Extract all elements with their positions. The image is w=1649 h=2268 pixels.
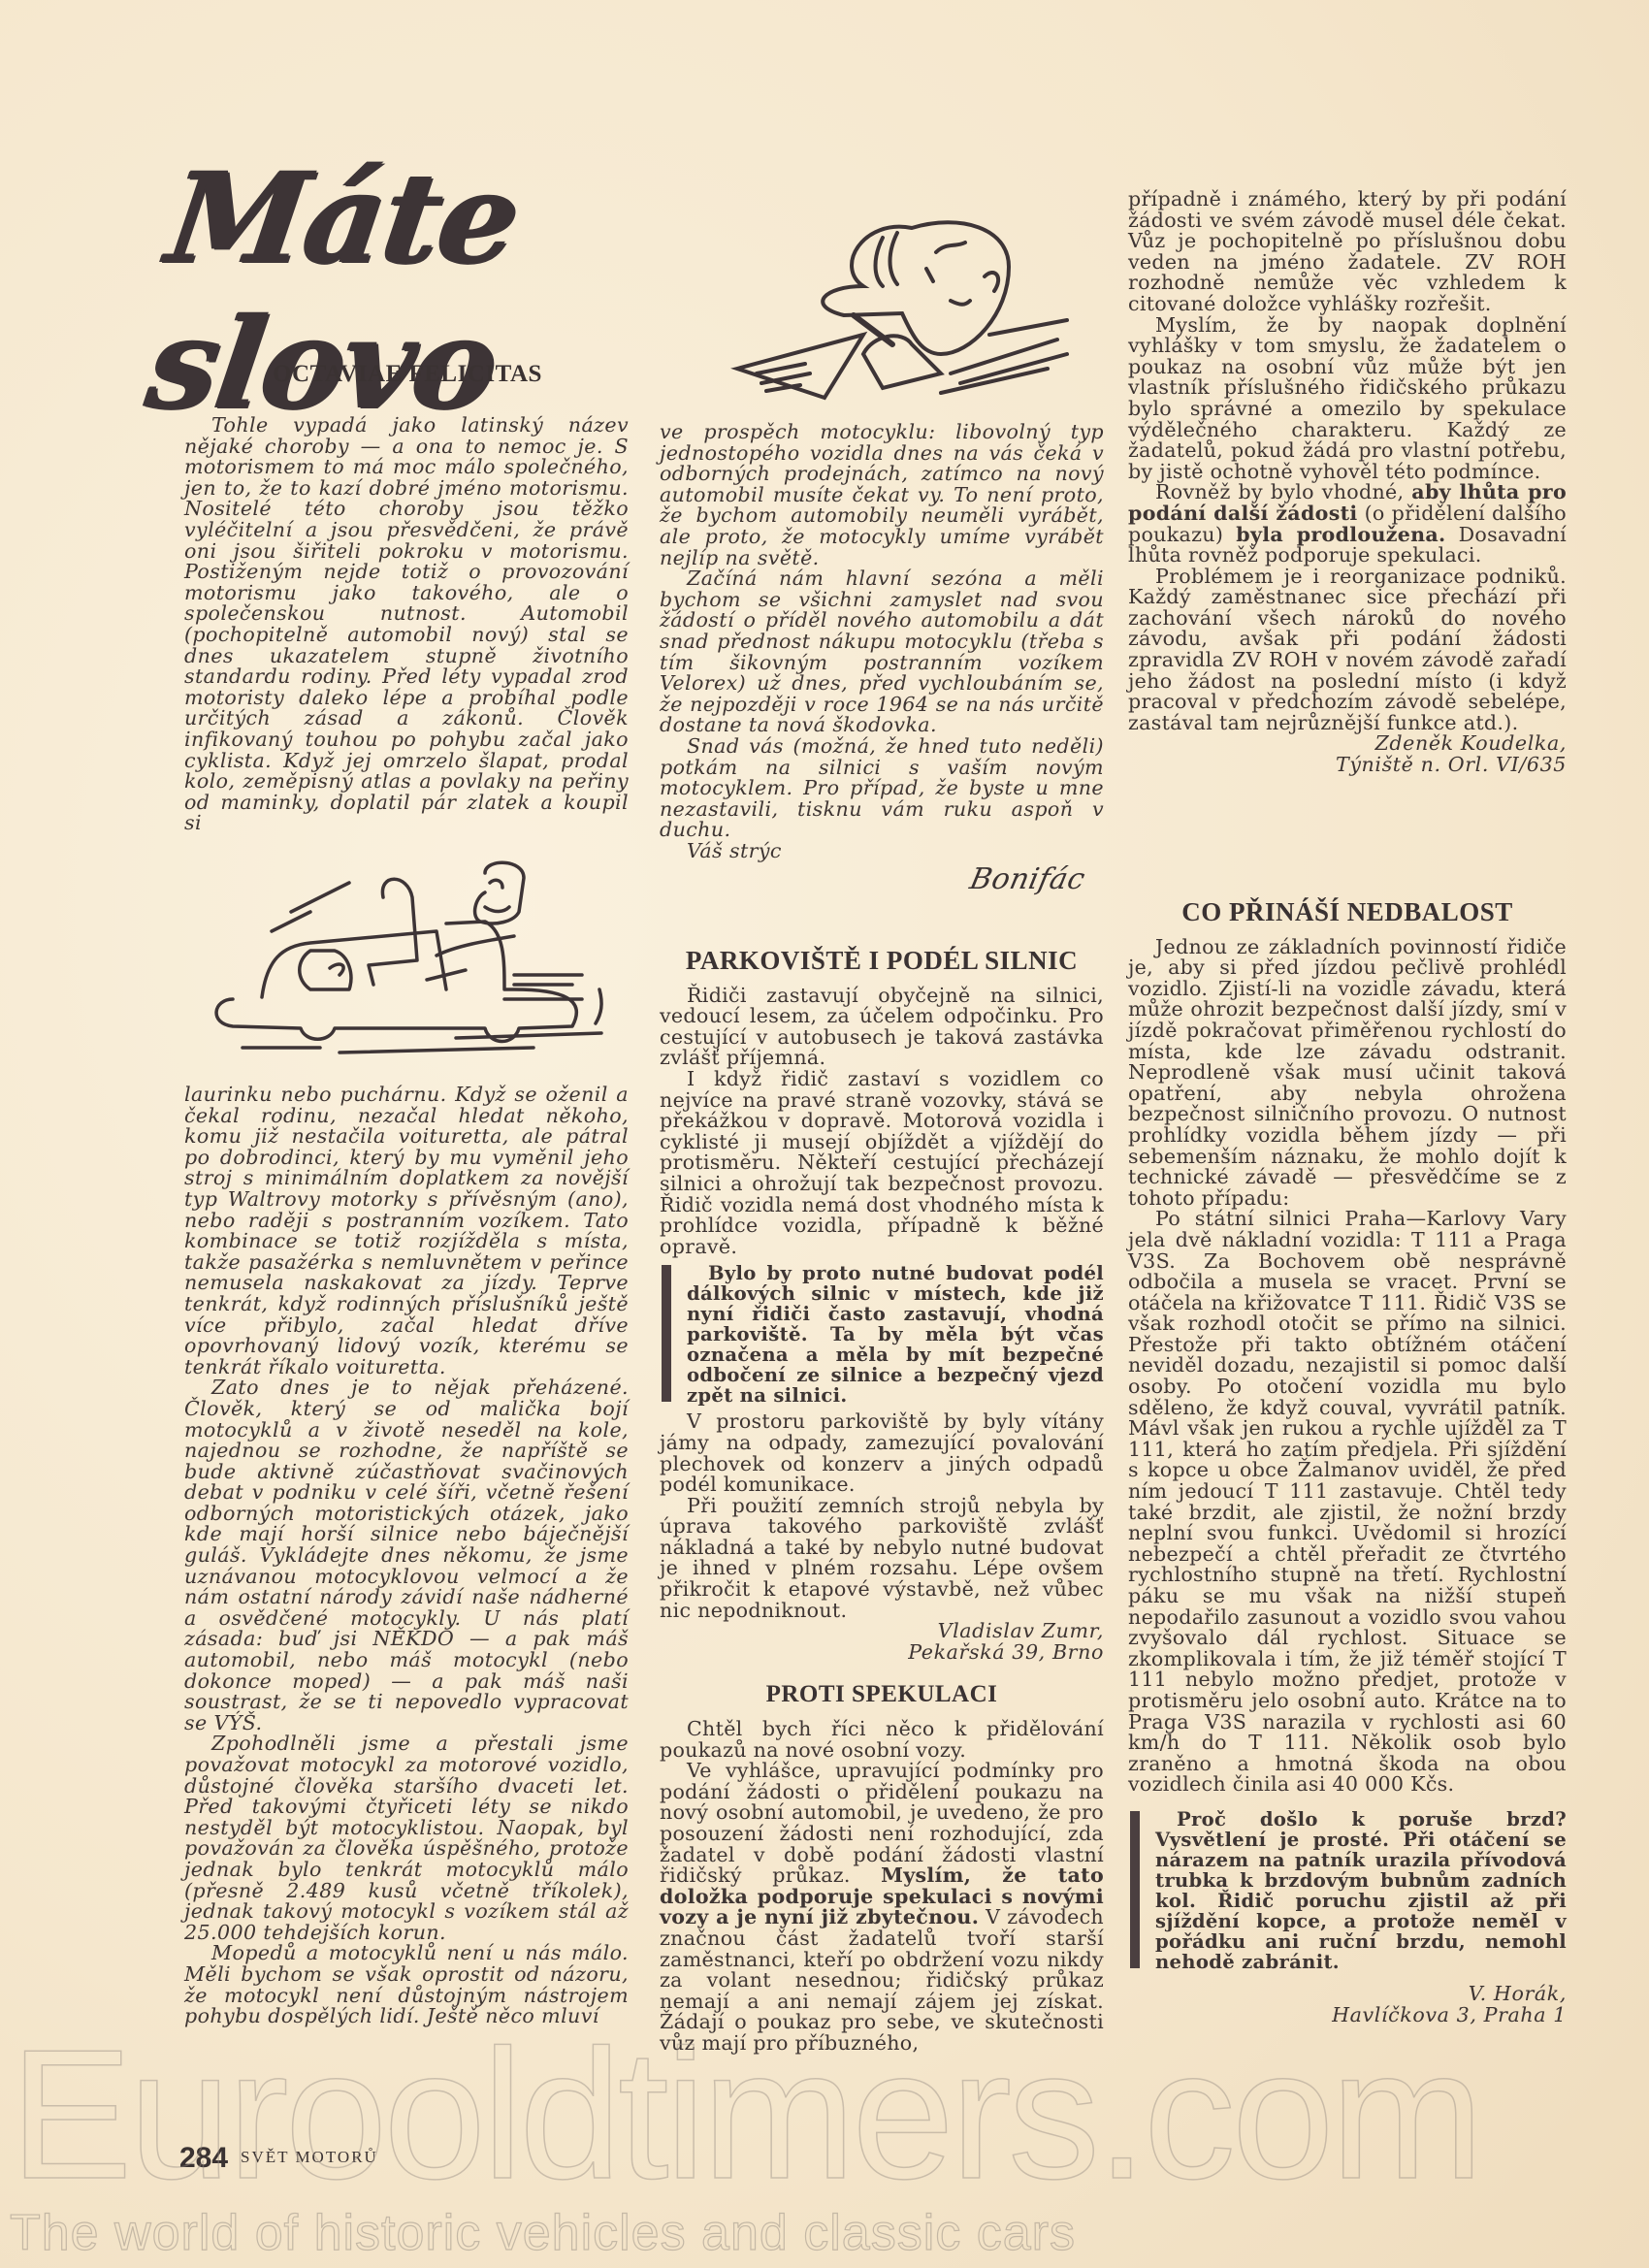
paragraph: Problémem je i reorganizace podniků. Kaž… bbox=[1128, 567, 1567, 734]
author-address: Týniště n. Orl. VI/635 bbox=[1128, 755, 1567, 776]
paragraph: Myslím, že by naopak doplnění vyhlášky v… bbox=[1128, 315, 1567, 483]
author-block: Vladislav Zumr, Pekařská 39, Brno bbox=[660, 1621, 1104, 1663]
paragraph: Mopedů a motocyklů není u nás málo. Měli… bbox=[184, 1943, 629, 2026]
car-cartoon-icon bbox=[194, 854, 621, 1072]
callout-box: Bylo by proto nutné budovat podél dálkov… bbox=[660, 1263, 1104, 1406]
paragraph: Rovněž by bylo vhodné, aby lhůta pro pod… bbox=[1128, 482, 1567, 566]
article-title-octaviae: OCTAVIAE FELICITAS bbox=[189, 361, 626, 388]
article-parkoviste: PARKOVIŠTĚ I PODÉL SILNIC Řidiči zastavu… bbox=[660, 951, 1104, 2055]
author-block: V. Horák, Havlíčkova 3, Praha 1 bbox=[1128, 1984, 1567, 2025]
paragraph: Jednou ze základních povinností řidiče j… bbox=[1128, 937, 1567, 1210]
page-number: 284 bbox=[179, 2142, 228, 2175]
letter-closing: Váš strýc bbox=[660, 841, 1104, 862]
paragraph: laurinku nebo puchárnu. Když se oženil a… bbox=[184, 1085, 629, 1377]
paragraph: Chtěl bych říci něco k přidělování pouka… bbox=[660, 1719, 1104, 1761]
callout-box: Proč došlo k poruše brzd? Vysvětlení je … bbox=[1128, 1809, 1567, 1972]
magazine-page: Máte slovo OCTAVIAE FELICITAS Tohle vypa… bbox=[0, 0, 1649, 2268]
paragraph: Zato dnes je to nějak přeházené. Člověk,… bbox=[184, 1377, 629, 1733]
paragraph: Tohle vypadá jako latinský název nějaké … bbox=[184, 415, 629, 834]
paragraph: Řidiči zastavují obyčejně na silnici, ve… bbox=[660, 986, 1104, 1069]
paragraph: I když řidič zastaví s vozidlem co nejví… bbox=[660, 1069, 1104, 1257]
article-nedbalost: CO PŘINÁŠÍ NEDBALOST Jednou ze základníc… bbox=[1128, 902, 1567, 2025]
paragraph: Ve vyhlášce, upravující podmínky pro pod… bbox=[660, 1761, 1104, 2054]
watermark-tagline: The world of historic vehicles and class… bbox=[10, 2204, 1076, 2262]
article-spekulace-continued: případně i známého, který by při podání … bbox=[1128, 189, 1567, 776]
author-address: Pekařská 39, Brno bbox=[660, 1642, 1104, 1664]
paragraph: Při použití zemních strojů nebyla by úpr… bbox=[660, 1496, 1104, 1622]
paragraph: Snad vás (možná, že hned tuto neděli) po… bbox=[660, 736, 1104, 841]
article-title-spekulace: PROTI SPEKULACI bbox=[660, 1684, 1104, 1705]
author-name: Vladislav Zumr, bbox=[660, 1621, 1104, 1642]
author-block: Zdeněk Koudelka, Týniště n. Orl. VI/635 bbox=[1128, 733, 1567, 775]
author-name: Zdeněk Koudelka, bbox=[1128, 733, 1567, 755]
paragraph: případně i známého, který by při podání … bbox=[1128, 189, 1567, 315]
paragraph: V prostoru parkoviště by byly vítány jám… bbox=[660, 1411, 1104, 1495]
magazine-name: SVĚT MOTORŮ bbox=[241, 2148, 378, 2167]
text-span: Rovněž by bylo vhodné, bbox=[1155, 480, 1411, 503]
paragraph: ve prospěch motocyklu: libovolný typ jed… bbox=[660, 422, 1104, 568]
paragraph: Zpohodlněli jsme a přestali jsme považov… bbox=[184, 1733, 629, 1943]
callout-bar bbox=[662, 1265, 671, 1402]
callout-text: Bylo by proto nutné budovat podél dálkov… bbox=[687, 1263, 1104, 1406]
article-title-parkoviste: PARKOVIŠTĚ I PODÉL SILNIC bbox=[660, 951, 1104, 972]
paragraph: Po státní silnici Praha—Karlovy Vary jel… bbox=[1128, 1209, 1567, 1796]
article-octaviae-part1: Tohle vypadá jako latinský název nějaké … bbox=[184, 415, 629, 834]
paragraph: Začíná nám hlavní sezóna a měli bychom s… bbox=[660, 568, 1104, 736]
article-octaviae-part2: laurinku nebo puchárnu. Když se oženil a… bbox=[184, 1085, 629, 2027]
callout-text: Proč došlo k poruše brzd? Vysvětlení je … bbox=[1155, 1809, 1567, 1972]
author-address: Havlíčkova 3, Praha 1 bbox=[1128, 2005, 1567, 2026]
author-name: V. Horák, bbox=[1128, 1984, 1567, 2005]
callout-bar bbox=[1130, 1811, 1140, 1968]
article-octaviae-part3: ve prospěch motocyklu: libovolný typ jed… bbox=[660, 422, 1104, 891]
article-title-nedbalost: CO PŘINÁŠÍ NEDBALOST bbox=[1128, 902, 1567, 923]
signature-bonifac: Bonifác bbox=[658, 869, 1087, 891]
emphasis-text: byla prodloužena. bbox=[1236, 523, 1445, 546]
text-span: V závodech značnou část žadatelů tvoří s… bbox=[660, 1905, 1104, 2055]
cartoon-man-writing-icon bbox=[718, 209, 1077, 403]
